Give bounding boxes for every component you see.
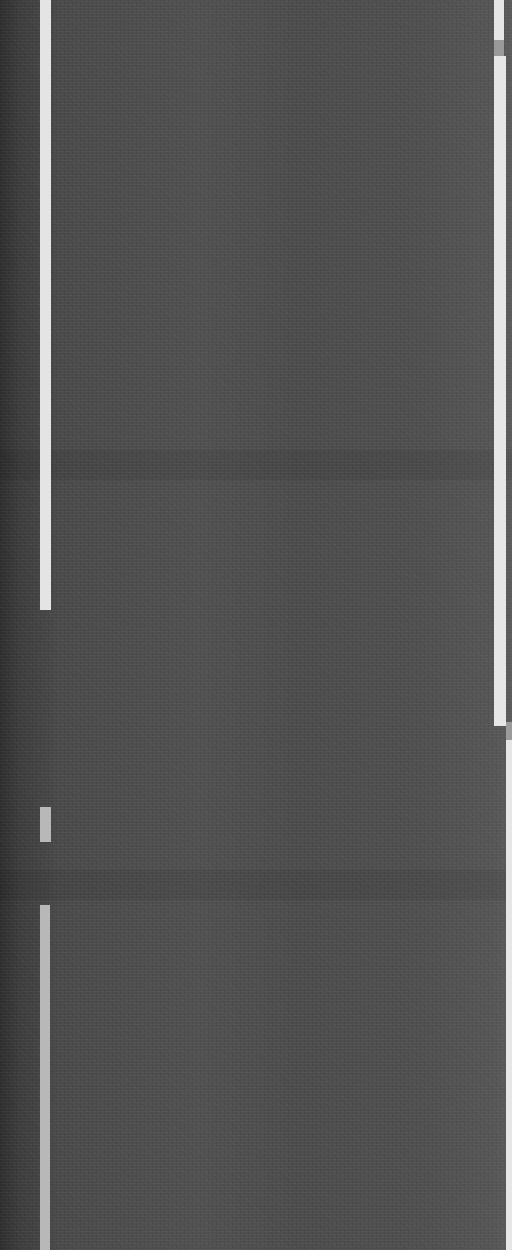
edge-line	[506, 740, 512, 1250]
lane-line-dash	[40, 807, 51, 842]
road-surface	[0, 0, 512, 1250]
shadow-band	[0, 870, 512, 900]
edge-line	[494, 0, 504, 40]
lane-line-solid	[40, 0, 51, 610]
edge-line-gap	[494, 40, 504, 56]
edge-line	[494, 56, 506, 726]
shadow-band	[0, 450, 512, 480]
edge-line-gap	[506, 722, 512, 740]
lane-line-solid	[40, 905, 50, 1250]
asphalt-texture	[0, 0, 512, 1250]
